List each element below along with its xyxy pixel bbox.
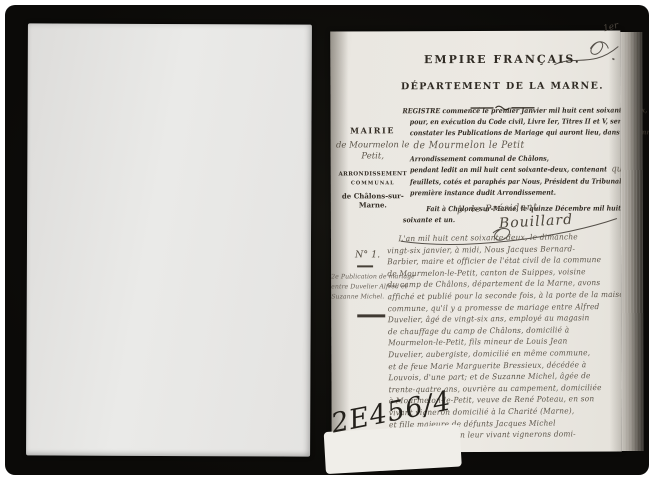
page-stack-edge [620,32,643,451]
register-line: pour, en exécution du Code civil, Livre … [403,116,619,128]
departement-title: DÉPARTEMENT DE LA MARNE. [394,81,610,93]
mairie-margin-block: MAIRIE de Mourmelon le Petit, ARRONDISSE… [333,125,413,209]
divider-ornament-icon [470,97,534,105]
photo-area: 1er EMPIRE FRANÇAIS. DÉPARTEMENT DE LA M… [5,5,649,475]
act-margin-separator [357,314,385,317]
act-number-underline [357,265,373,267]
register-line-text: pendant ledit an mil huit cent soixante-… [410,165,607,175]
folio-mark: 1er [552,22,624,76]
scanned-register-photo: 1er EMPIRE FRANÇAIS. DÉPARTEMENT DE LA M… [0,0,654,480]
mairie-commune-handwritten-2: Petit, [333,151,413,162]
register-line: constater les Publications de Mariage qu… [403,127,619,139]
communal-label: COMMUNAL [333,180,413,186]
empire-title: EMPIRE FRANÇAIS. [394,53,610,67]
mairie-label: MAIRIE [333,125,413,135]
paraph-flourish-icon [552,28,624,74]
commune-name-handwritten: de Mourmelon le Petit [403,138,619,154]
act-line: Duvelier, âgé de vingt-six ans, employé … [388,312,614,326]
right-register-page: 1er EMPIRE FRANÇAIS. DÉPARTEMENT DE LA M… [330,30,621,452]
act-number: N° 1. [355,249,380,260]
register-line: première instance dudit Arrondissement. [403,187,619,199]
arrondissement-city: de Châlons-sur-Marne. [333,191,413,209]
left-blank-page [26,23,312,456]
arrondissement-label: ARRONDISSEMENT [333,171,413,177]
register-line: REGISTRE commencé le premier Janvier mil… [403,105,619,117]
mairie-commune-handwritten: de Mourmelon le [333,140,413,151]
register-line: pendant ledit an mil huit cent soixante-… [403,164,619,177]
register-line: Arrondissement communal de Châlons, [403,153,619,165]
register-line: feuillets, cotés et paraphés par Nous, P… [403,176,619,188]
